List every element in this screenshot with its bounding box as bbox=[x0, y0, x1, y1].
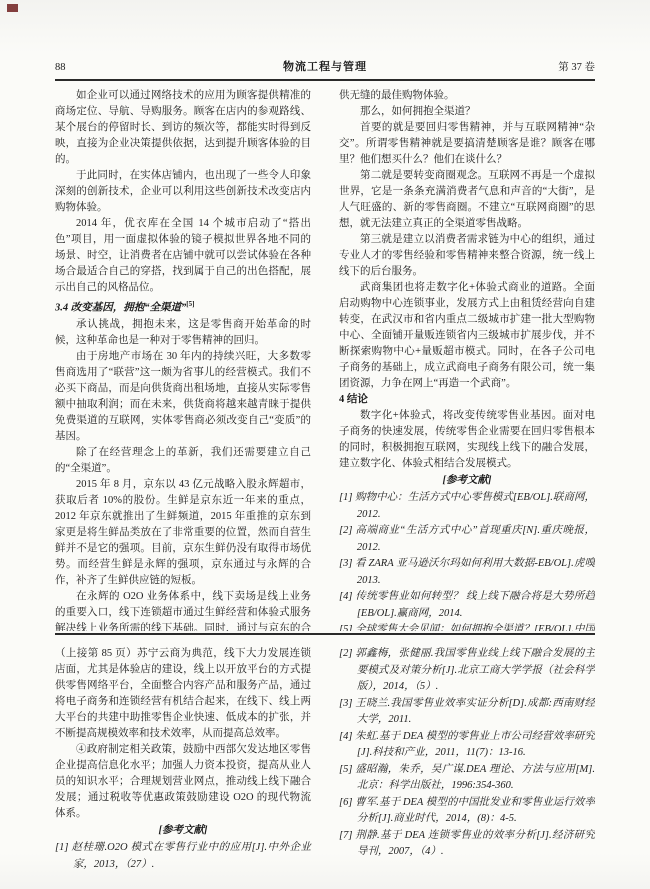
page-number: 88 bbox=[55, 62, 135, 73]
reference-item: [4] 传统零售业如何转型？ 线上线下融合将是大势所趋[EB/OL].赢商网，2… bbox=[339, 589, 595, 622]
scan-artifact-mark bbox=[7, 4, 18, 12]
paragraph: 于此同时，在实体店铺内，也出现了一些令人印象深刻的创新技术，企业可以利用这些创新… bbox=[55, 168, 311, 216]
main-left-column: 如企业可以通过网络技术的应用为顾客提供精准的商场定位、导航、导购服务。顾客在店内… bbox=[55, 88, 311, 631]
paragraph: 第二就是要转变商圈观念。互联网不再是一个虚拟世界，它是一条条充满消费者气息和声音… bbox=[339, 168, 595, 232]
reference-item: [2] 高端商业“生活方式中心”首现重庆[N].重庆晚报，2012. bbox=[339, 523, 595, 556]
header-rule bbox=[55, 79, 595, 81]
paragraph: 武商集团也将走数字化+体验式商业的道路。全面启动购物中心连锁事业，发展方式上由租… bbox=[339, 280, 595, 392]
reference-item: [5] 全球零售大会见闻：如何拥抱全渠道？[EB/OL].中国包装网，2013. bbox=[339, 622, 595, 631]
page-header: 88 物流工程与管理 第 37 卷 bbox=[55, 58, 595, 76]
paragraph: 承认挑战，拥抱未来，这是零售商开始革命的时候，这种革命也是一种对于零售精神的回归… bbox=[55, 317, 311, 349]
journal-title: 物流工程与管理 bbox=[135, 58, 515, 74]
citation-superscript: [5] bbox=[186, 300, 194, 308]
paragraph: 首要的就是要回归零售精神，并与互联网精神“杂交”。所谓零售精神就是要搞清楚顾客是… bbox=[339, 120, 595, 168]
section-heading: 3.4 改变基因，拥抱“全渠道”[5] bbox=[55, 296, 311, 317]
reference-item: [2] 郭鑫梅，张健丽.我国零售业线上线下融合发展的主要模式及对策分析[J].北… bbox=[339, 646, 595, 696]
paragraph: 除了在经营理念上的革新，我们还需要建立自己的“全渠道”。 bbox=[55, 445, 311, 477]
reference-item: [3] 看 ZARA 亚马逊沃尔玛如何利用大数据-EB/OL].虎嗅 2013. bbox=[339, 556, 595, 589]
section-heading: 4 结论 bbox=[339, 392, 595, 408]
paragraph: 2015 年 8 月，京东以 43 亿元战略入股永辉超市，获取后者 10%的股份… bbox=[55, 477, 311, 589]
reference-item: [1] 购物中心：生活方式中心零售模式[EB/OL].联商网，2012. bbox=[339, 490, 595, 523]
volume-label: 第 37 卷 bbox=[515, 59, 595, 74]
references-heading: [参考文献] bbox=[339, 473, 595, 489]
paragraph: 2014 年，优衣库在全国 14 个城市启动了“搭出色”项目，用一面虚拟体验的镜… bbox=[55, 216, 311, 296]
main-right-column: 供无缝的最佳购物体验。那么，如何拥抱全渠道？首要的就是要回归零售精神，并与互联网… bbox=[339, 88, 595, 631]
reference-item: [1] 赵桂珊.O2O 模式在零售行业中的应用[J].中外企业家，2013，（2… bbox=[55, 840, 311, 873]
references-heading: [参考文献] bbox=[55, 823, 311, 839]
paragraph: ④政府制定相关政策，鼓励中西部欠发达地区零售企业提高信息化水平；加强人力资本投资… bbox=[55, 742, 311, 822]
paragraph: 第三就是建立以消费者需求链为中心的组织，通过专业人才的零售经验和零售精神来整合资… bbox=[339, 232, 595, 280]
bottom-right-column: [2] 郭鑫梅，张健丽.我国零售业线上线下融合发展的主要模式及对策分析[J].北… bbox=[339, 646, 595, 878]
paragraph: 如企业可以通过网络技术的应用为顾客提供精准的商场定位、导航、导购服务。顾客在店内… bbox=[55, 88, 311, 168]
paragraph: 供无缝的最佳购物体验。 bbox=[339, 88, 595, 104]
paragraph: 那么，如何拥抱全渠道？ bbox=[339, 104, 595, 120]
reference-item: [4] 朱虹.基于 DEA 模型的零售业上市公司经营效率研究[J].科技和产业，… bbox=[339, 729, 595, 762]
reference-item: [6] 曹军.基于 DEA 模型的中国批发业和零售业运行效率分析[J].商业时代… bbox=[339, 795, 595, 828]
section-divider-rule bbox=[55, 633, 595, 635]
main-article: 如企业可以通过网络技术的应用为顾客提供精准的商场定位、导航、导购服务。顾客在店内… bbox=[55, 88, 595, 631]
paragraph: 在永辉的 O2O 业务体系中，线下卖场是线上业务的重要入口，线下连锁超市通过生鲜… bbox=[55, 589, 311, 632]
bottom-left-column: （上接第 85 页）苏宁云商为典范，线下大力发展连锁店面，尤其是体验店的建设，线… bbox=[55, 646, 311, 878]
reference-item: [5] 盛昭瀚，朱乔，吴广谋.DEA 理论、方法与应用[M].北京：科学出版社，… bbox=[339, 762, 595, 795]
journal-page: 88 物流工程与管理 第 37 卷 如企业可以通过网络技术的应用为顾客提供精准的… bbox=[0, 0, 650, 889]
reference-item: [3] 王晓兰.我国零售业效率实证分析[D].成都:西南财经大学，2011. bbox=[339, 696, 595, 729]
continued-article: （上接第 85 页）苏宁云商为典范，线下大力发展连锁店面，尤其是体验店的建设，线… bbox=[55, 646, 595, 878]
paragraph: 由于房地产市场在 30 年内的持续兴旺，大多数零售商选用了“联营”这一颇为省事儿… bbox=[55, 349, 311, 445]
paragraph: 数字化+体验式，将改变传统零售业基因。面对电子商务的快速发展，传统零售企业需要在… bbox=[339, 408, 595, 472]
paragraph: （上接第 85 页）苏宁云商为典范，线下大力发展连锁店面，尤其是体验店的建设，线… bbox=[55, 646, 311, 742]
reference-item: [7] 荆静.基于 DEA 连锁零售业的效率分析[J].经济研究导刊，2007，… bbox=[339, 828, 595, 861]
